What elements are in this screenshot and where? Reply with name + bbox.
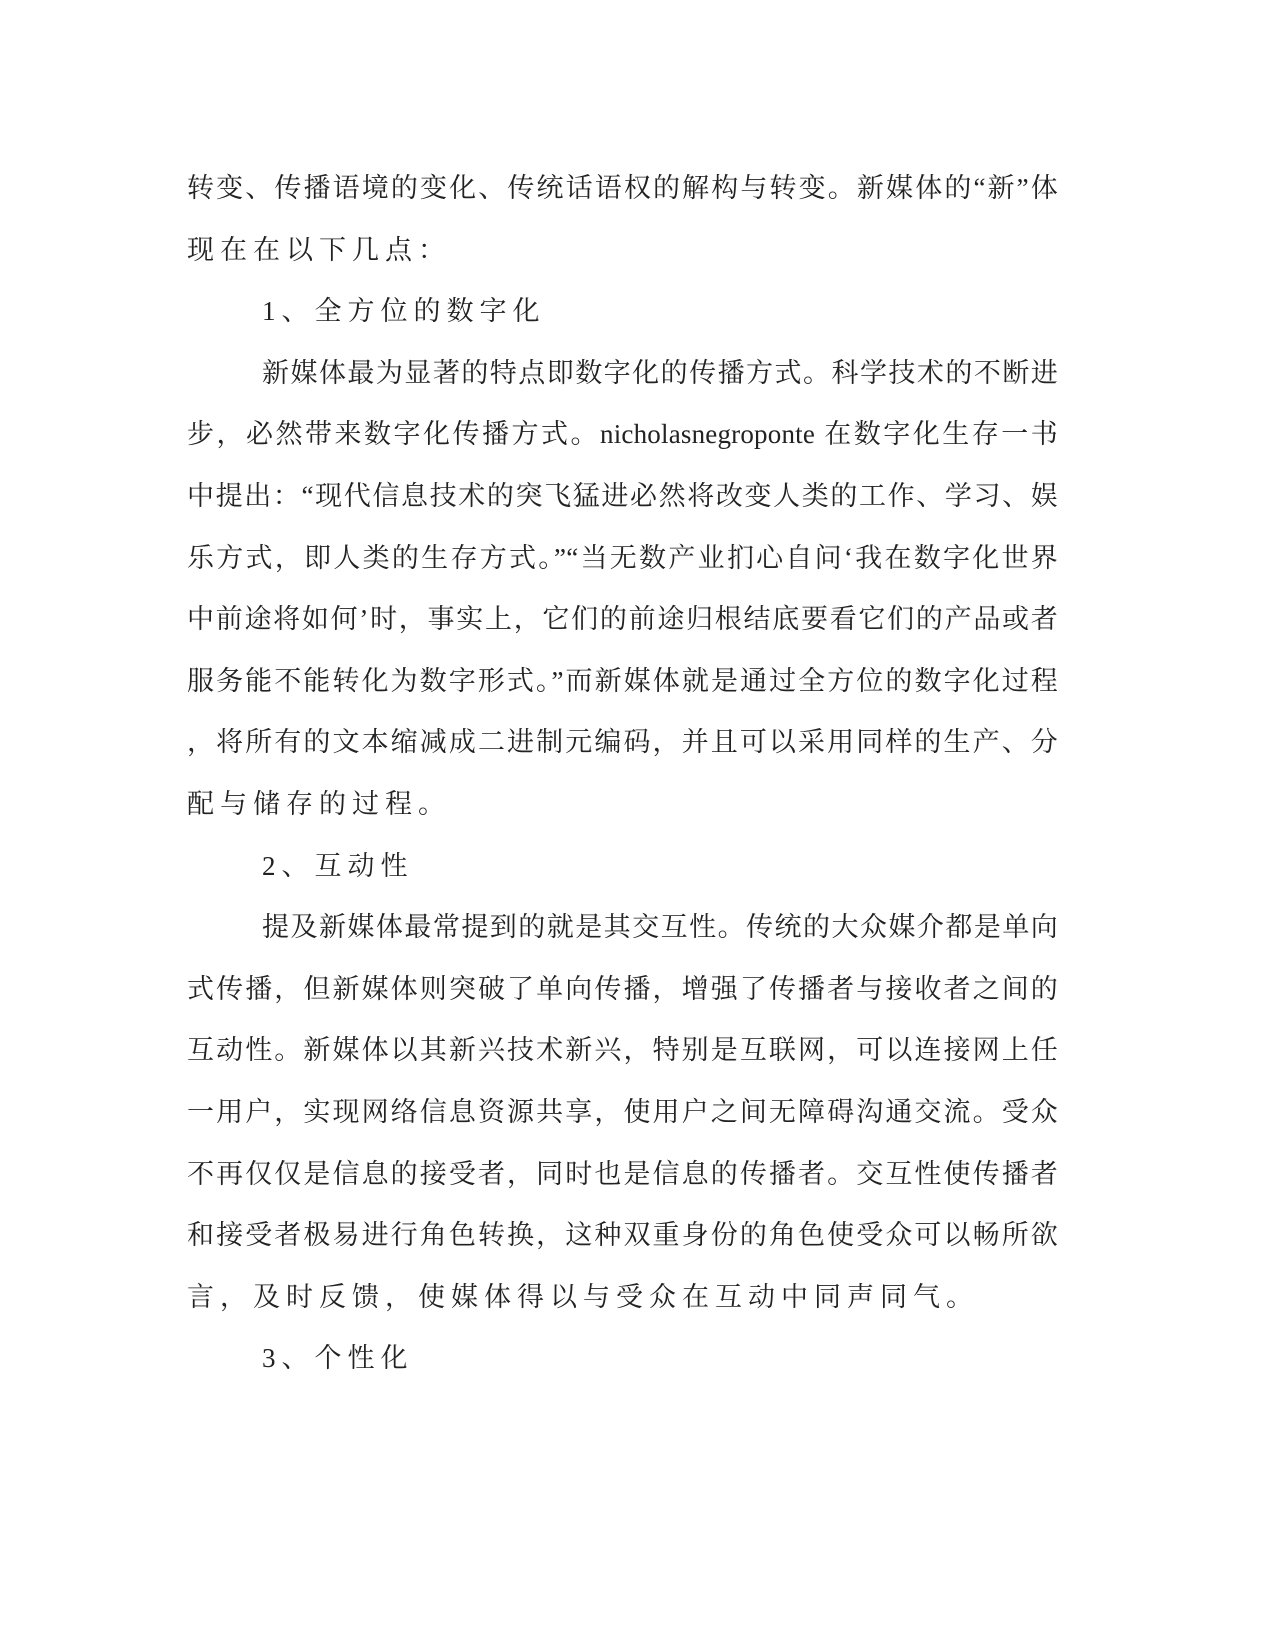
text-line-15: 互动性。新媒体以其新兴技术新兴，特别是互联网，可以连接网上任 — [187, 1020, 1058, 1082]
text-line-3: 1、全方位的数字化 — [187, 281, 1058, 343]
text-line-6: 中提出：“现代信息技术的突飞猛进必然将改变人类的工作、学习、娱 — [187, 466, 1058, 528]
text-line-14: 式传播，但新媒体则突破了单向传播，增强了传播者与接收者之间的 — [187, 959, 1058, 1021]
text-line-19: 言，及时反馈，使媒体得以与受众在互动中同声同气。 — [187, 1267, 1058, 1329]
text-line-10: ，将所有的文本缩减成二进制元编码，并且可以采用同样的生产、分 — [187, 712, 1058, 774]
text-line-1: 转变、传播语境的变化、传统话语权的解构与转变。新媒体的“新”体 — [187, 158, 1058, 220]
document-text: 转变、传播语境的变化、传统话语权的解构与转变。新媒体的“新”体现在在以下几点：1… — [187, 158, 1058, 1390]
document-page: 转变、传播语境的变化、传统话语权的解构与转变。新媒体的“新”体现在在以下几点：1… — [0, 0, 1275, 1650]
text-line-5: 步，必然带来数字化传播方式。nicholasnegroponte 在数字化生存一… — [187, 404, 1058, 466]
text-line-11: 配与储存的过程。 — [187, 774, 1058, 836]
text-line-2: 现在在以下几点： — [187, 220, 1058, 282]
text-line-17: 不再仅仅是信息的接受者，同时也是信息的传播者。交互性使传播者 — [187, 1144, 1058, 1206]
text-line-18: 和接受者极易进行角色转换，这种双重身份的角色使受众可以畅所欲 — [187, 1205, 1058, 1267]
text-line-8: 中前途将如何’时，事实上，它们的前途归根结底要看它们的产品或者 — [187, 589, 1058, 651]
text-line-7: 乐方式，即人类的生存方式。”“当无数产业扪心自问‘我在数字化世界 — [187, 528, 1058, 590]
text-line-9: 服务能不能转化为数字形式。”而新媒体就是通过全方位的数字化过程 — [187, 651, 1058, 713]
text-line-16: 一用户，实现网络信息资源共享，使用户之间无障碍沟通交流。受众 — [187, 1082, 1058, 1144]
text-line-13: 提及新媒体最常提到的就是其交互性。传统的大众媒介都是单向 — [187, 897, 1058, 959]
text-line-4: 新媒体最为显著的特点即数字化的传播方式。科学技术的不断进 — [187, 343, 1058, 405]
text-line-20: 3、个性化 — [187, 1328, 1058, 1390]
text-line-12: 2、互动性 — [187, 836, 1058, 898]
